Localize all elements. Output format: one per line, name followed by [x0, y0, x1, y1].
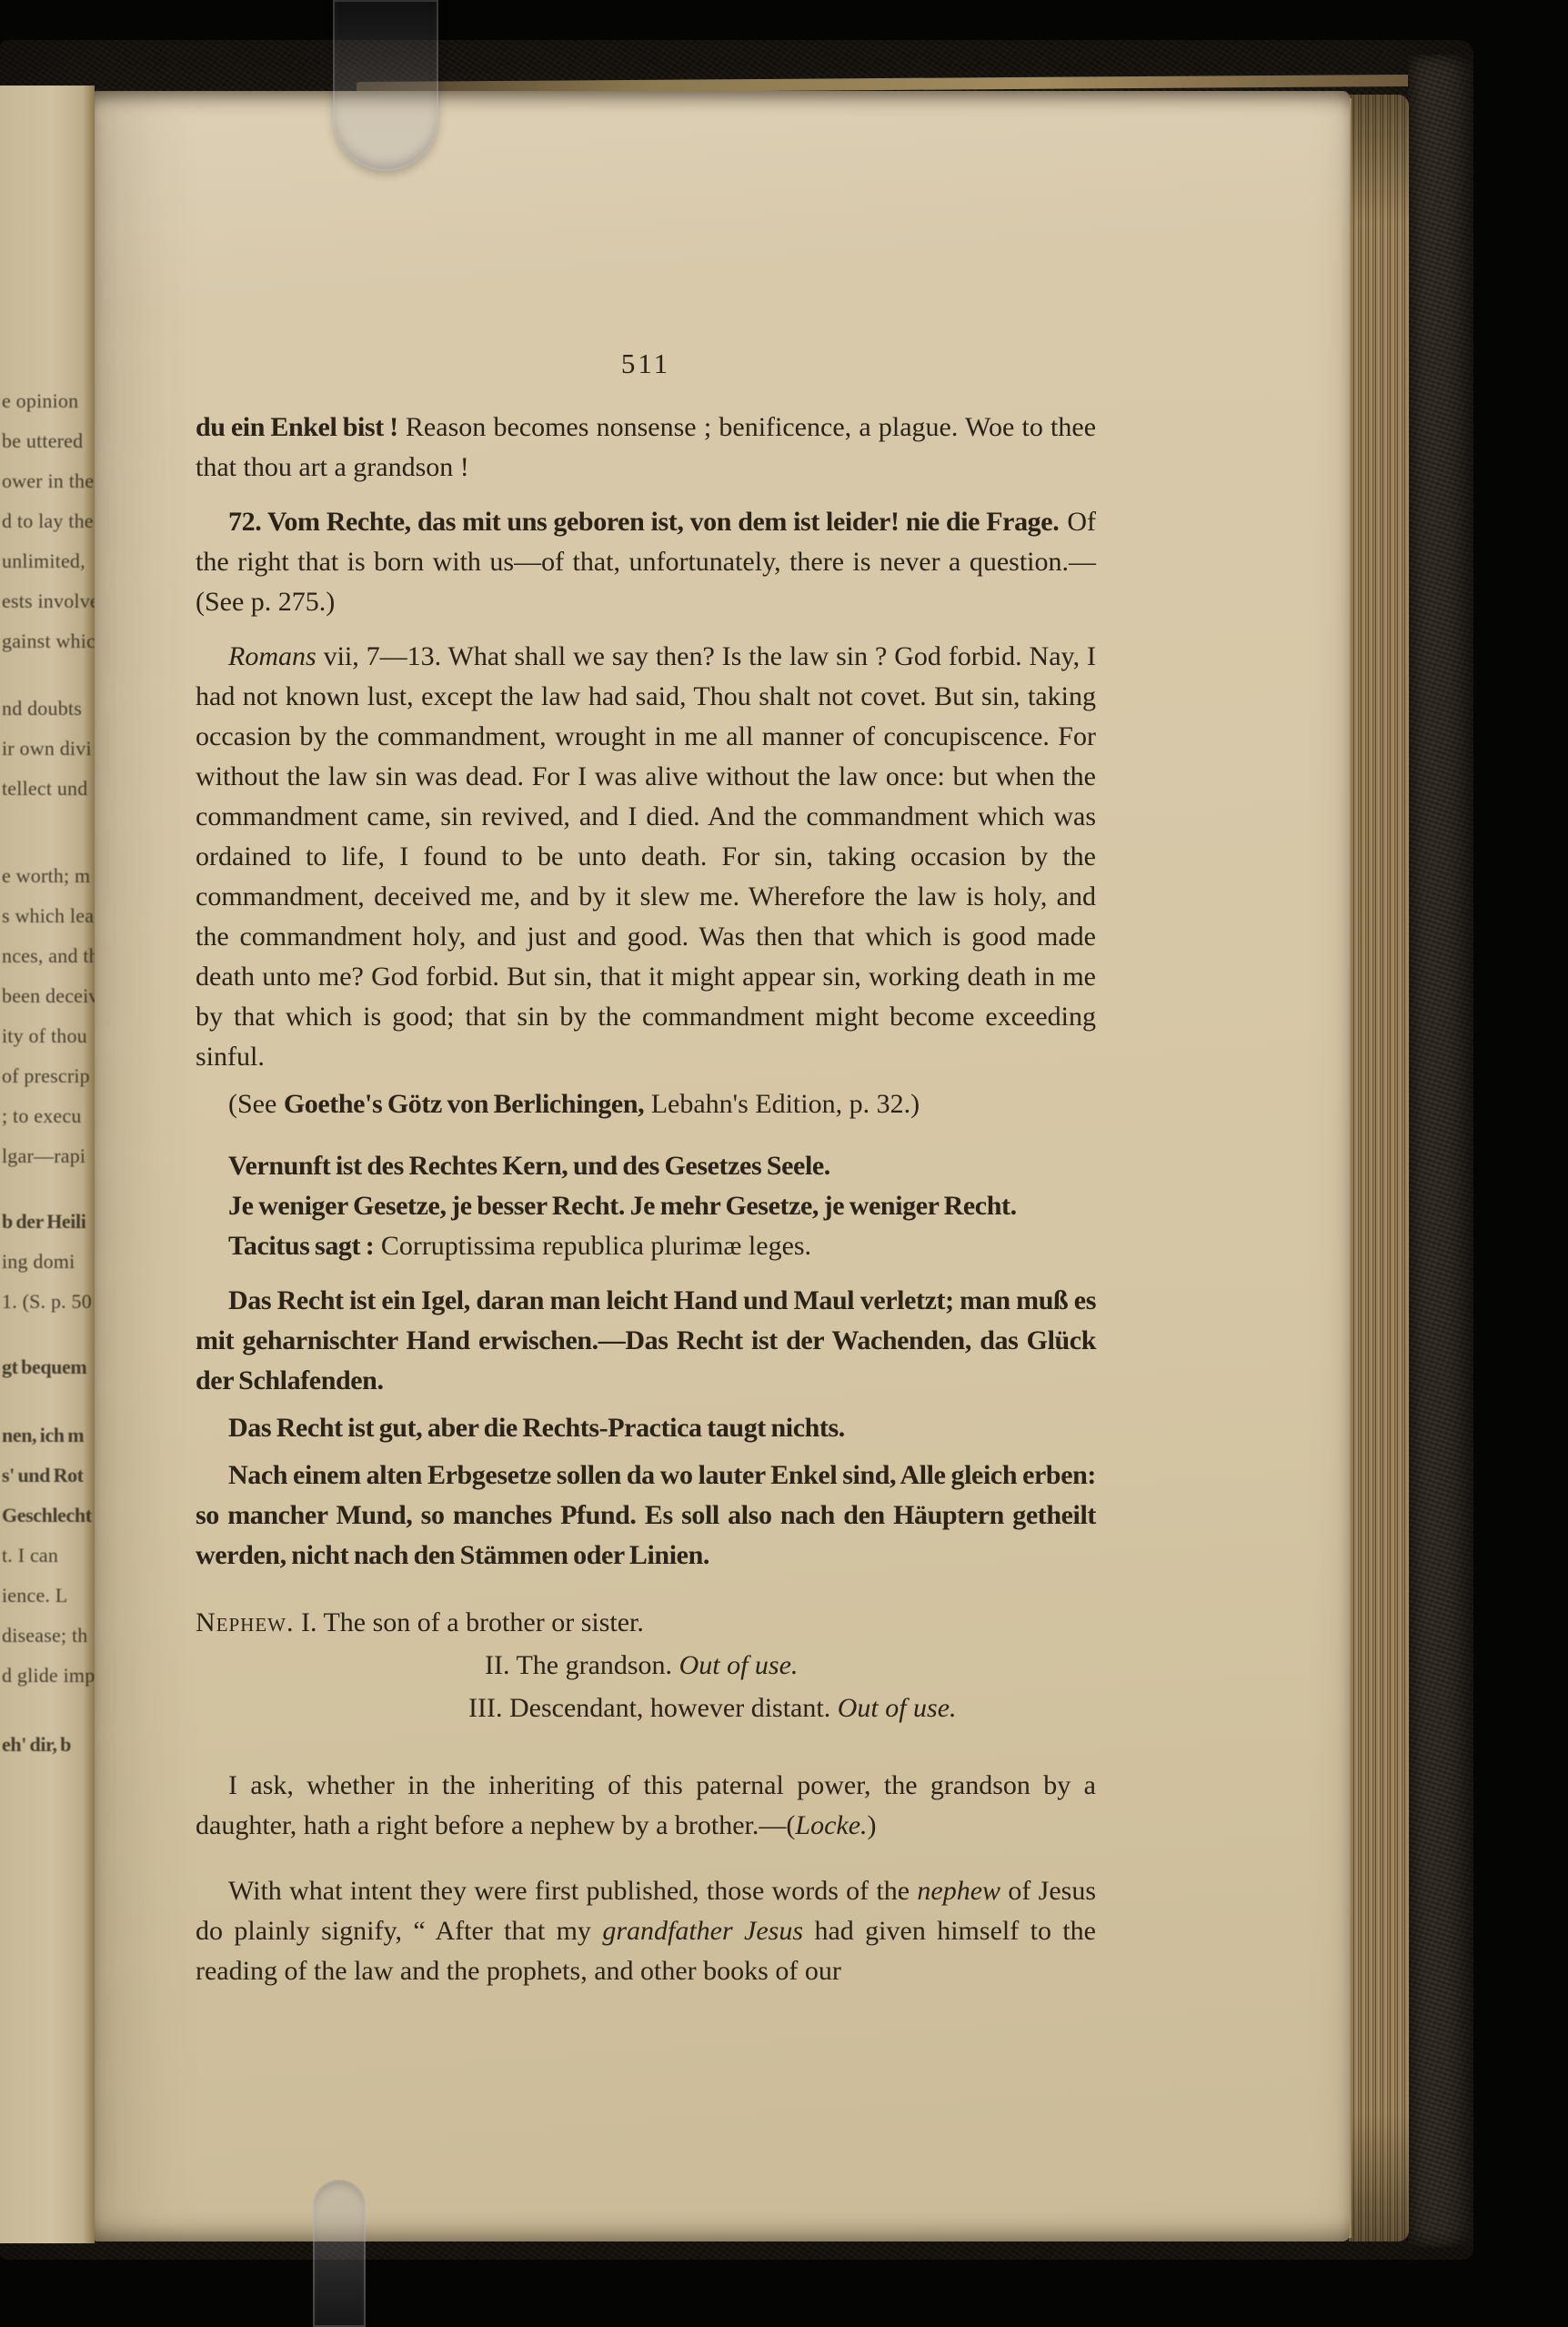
edge-text-fragment: ; to execu: [2, 1104, 82, 1128]
edge-text-fragment: s' und Rot: [2, 1464, 84, 1487]
left-page-edge: e opinion be uttered ower in the d to la…: [0, 86, 95, 2243]
fraktur-text: Das Recht ist ein Igel, daran man leicht…: [196, 1285, 1096, 1395]
paragraph-tacitus: Tacitus sagt : Corruptissima republica p…: [196, 1226, 1096, 1266]
edge-text-fragment: 1. (S. p. 50: [2, 1290, 92, 1314]
usage-note: Out of use.: [838, 1693, 957, 1723]
italic-word: nephew: [917, 1876, 1000, 1906]
roman-text: vii, 7—13. What shall we say then? Is th…: [196, 641, 1096, 1072]
bottom-holding-strap: [313, 2180, 366, 2327]
paragraph-final: With what intent they were first publish…: [196, 1871, 1096, 1991]
edge-text-fragment: of prescrip: [2, 1064, 90, 1088]
fraktur-text: Das Recht ist gut, aber die Rechts-Pract…: [228, 1413, 845, 1443]
usage-note: Out of use.: [679, 1650, 799, 1680]
paragraph-goethe-citation: (See Goethe's Götz von Berlichingen, Leb…: [196, 1084, 1096, 1124]
edge-text-fragment: lgar—rapi: [2, 1144, 85, 1168]
edge-text-fragment: Geschlecht ü: [2, 1504, 95, 1527]
edge-text-fragment: tellect und: [2, 777, 87, 801]
paragraph-intro: du ein Enkel bist ! Reason becomes nonse…: [196, 408, 1096, 488]
fore-edge-pages: [1349, 95, 1409, 2241]
fraktur-text: Nach einem alten Erbgesetze sollen da wo…: [196, 1460, 1096, 1570]
book-page: 511 du ein Enkel bist ! Reason becomes n…: [95, 91, 1350, 2241]
author-citation: Locke.: [795, 1810, 867, 1840]
paragraph-vernunft: Vernunft ist des Rechtes Kern, und des G…: [196, 1146, 1096, 1186]
roman-text: I. The son of a brother or sister.: [295, 1607, 644, 1637]
nephew-definition-3: III. Descendant, however distant. Out of…: [196, 1687, 1096, 1729]
edge-text-fragment: gainst whic: [2, 630, 95, 653]
edge-text-fragment: ower in the: [2, 469, 94, 493]
edge-text-fragment: e opinion: [2, 389, 78, 413]
edge-text-fragment: nd doubts: [2, 697, 82, 720]
latin-text: Corruptissima republica plurimæ leges.: [374, 1231, 811, 1261]
edge-text-fragment: b der Heili: [2, 1210, 85, 1234]
paragraph-locke: I ask, whether in the inheriting of this…: [196, 1766, 1096, 1846]
edge-text-fragment: nen, ich m: [2, 1424, 84, 1447]
roman-text: With what intent they were first publish…: [228, 1876, 917, 1906]
edge-text-fragment: gt bequem: [2, 1355, 86, 1379]
fraktur-text: Tacitus sagt :: [228, 1231, 374, 1261]
edge-text-fragment: ity of thou: [2, 1024, 87, 1048]
fraktur-text: Je weniger Gesetze, je besser Recht. Je …: [228, 1191, 1017, 1221]
roman-text: ): [868, 1810, 877, 1840]
edge-text-fragment: eh' dir, b: [2, 1733, 71, 1757]
paragraph-je-weniger: Je weniger Gesetze, je besser Recht. Je …: [196, 1186, 1096, 1226]
edge-text-fragment: ir own divi: [2, 737, 92, 761]
paragraph-romans: Romans vii, 7—13. What shall we say then…: [196, 637, 1096, 1077]
nephew-definition-2: II. The grandson. Out of use.: [196, 1644, 1096, 1687]
roman-text: II. The grandson.: [485, 1650, 679, 1680]
scripture-reference: Romans: [228, 641, 317, 671]
edge-text-fragment: e worth; m: [2, 864, 90, 888]
nephew-definition-block: Nephew. I. The son of a brother or siste…: [196, 1601, 1096, 1729]
fraktur-text: Vernunft ist des Rechtes Kern, und des G…: [228, 1151, 830, 1181]
edge-text-fragment: be uttered: [2, 429, 83, 453]
paragraph-erbgesetz: Nach einem alten Erbgesetze sollen da wo…: [196, 1456, 1096, 1576]
edge-text-fragment: nces, and th: [2, 944, 95, 968]
edge-text-fragment: disease; th: [2, 1624, 87, 1647]
edge-text-fragment: ests involved: [2, 589, 95, 613]
edge-text-fragment: d to lay the: [2, 509, 94, 533]
edge-text-fragment: unlimited,: [2, 549, 85, 573]
edge-text-fragment: been deceiv: [2, 984, 95, 1008]
headword: Nephew.: [196, 1607, 295, 1637]
top-holding-strap: [333, 0, 438, 171]
edge-text-fragment: ience. L: [2, 1584, 67, 1607]
nephew-definition-1: Nephew. I. The son of a brother or siste…: [196, 1601, 1096, 1644]
page-number: 511: [196, 344, 1096, 384]
roman-text: Lebahn's Edition, p. 32.): [644, 1089, 920, 1119]
fraktur-text: du ein Enkel bist !: [196, 412, 398, 442]
text-block: 511 du ein Enkel bist ! Reason becomes n…: [196, 344, 1096, 1991]
edge-text-fragment: d glide imp: [2, 1664, 95, 1687]
edge-text-fragment: t. I can: [2, 1544, 58, 1567]
paragraph-igel: Das Recht ist ein Igel, daran man leicht…: [196, 1281, 1096, 1401]
roman-text: I ask, whether in the inheriting of this…: [196, 1770, 1096, 1840]
edge-text-fragment: s which lea: [2, 904, 94, 928]
edge-text-fragment: ing domi: [2, 1250, 75, 1274]
fraktur-text: Goethe's Götz von Berlichingen,: [284, 1089, 644, 1119]
roman-text: III. Descendant, however distant.: [468, 1693, 838, 1723]
paragraph-recht-gut: Das Recht ist gut, aber die Rechts-Pract…: [196, 1408, 1096, 1448]
paragraph-72: 72. Vom Rechte, das mit uns geboren ist,…: [196, 502, 1096, 622]
fraktur-text: 72. Vom Rechte, das mit uns geboren ist,…: [228, 507, 1059, 537]
book-cover-right-edge: [1408, 55, 1473, 2247]
italic-word: grandfather Jesus: [602, 1916, 803, 1946]
roman-text: (See: [228, 1089, 284, 1119]
